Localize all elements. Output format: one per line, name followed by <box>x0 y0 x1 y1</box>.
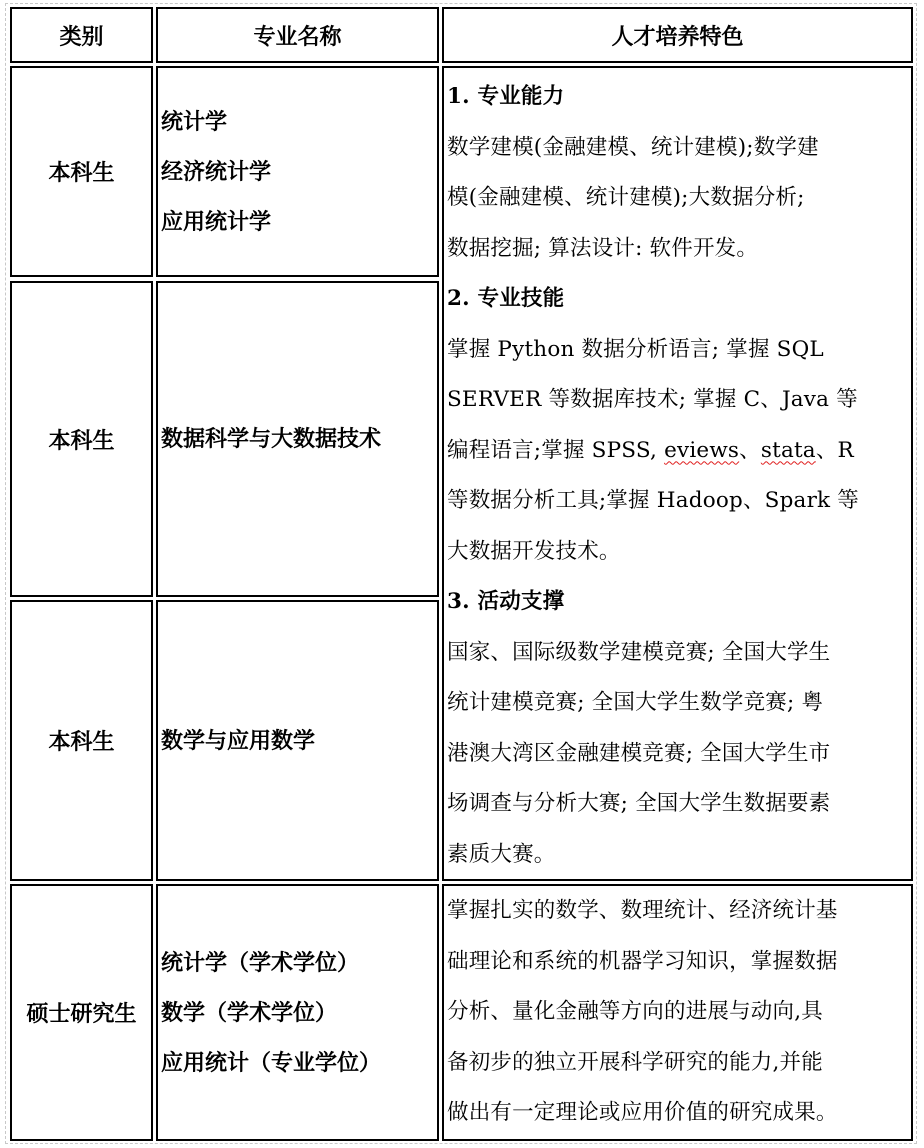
section-line: 国家、国际级数学建模竞赛; 全国大学生 <box>447 628 911 679</box>
header-major: 专业名称 <box>156 7 439 63</box>
section-line: 等数据分析工具;掌握 Hadoop、Spark 等 <box>447 476 911 527</box>
section-line: 素质大赛。 <box>447 830 911 881</box>
row2-majors: 数据科学与大数据技术 <box>156 281 439 597</box>
section-title: 1. 专业能力 <box>447 72 911 123</box>
row4-category: 硕士研究生 <box>10 884 153 1141</box>
row1-category: 本科生 <box>10 66 153 277</box>
header-category: 类别 <box>10 7 153 63</box>
row3-category: 本科生 <box>10 600 153 881</box>
spellcheck-word[interactable]: eviews <box>664 438 739 463</box>
row4-majors: 统计学（学术学位） 数学（学术学位） 应用统计（专业学位） <box>156 884 439 1141</box>
header-major-label: 专业名称 <box>253 20 341 51</box>
row2-category: 本科生 <box>10 281 153 597</box>
section-line: 场调查与分析大赛; 全国大学生数据要素 <box>447 779 911 830</box>
section-title: 2. 专业技能 <box>447 274 911 325</box>
major-item: 统计学 <box>161 97 437 147</box>
line-tail: 、R <box>816 438 854 463</box>
section-line: 编程语言;掌握 SPSS, eviews、stata、R <box>447 426 911 477</box>
section-line: 数据挖掘; 算法设计: 软件开发。 <box>447 224 911 275</box>
section-line: 模(金融建模、统计建模);大数据分析; <box>447 173 911 224</box>
line-text: 编程语言;掌握 SPSS, <box>447 438 664 463</box>
feature-line: 掌握扎实的数学、数理统计、经济统计基 <box>447 886 911 937</box>
section-line: 掌握 Python 数据分析语言; 掌握 SQL <box>447 325 911 376</box>
row3-majors: 数学与应用数学 <box>156 600 439 881</box>
category-label: 本科生 <box>48 725 114 756</box>
section-line: 统计建模竞赛; 全国大学生数学竞赛; 粤 <box>447 678 911 729</box>
spellcheck-word[interactable]: stata <box>761 438 816 463</box>
section-line: SERVER 等数据库技术; 掌握 C、Java 等 <box>447 375 911 426</box>
separator: 、 <box>739 438 761 463</box>
feature-line: 做出有一定理论或应用价值的研究成果。 <box>447 1088 911 1139</box>
major-item: 应用统计学 <box>161 197 437 247</box>
feature-line: 分析、量化金融等方向的进展与动向,具 <box>447 987 911 1038</box>
major-item: 数学（学术学位） <box>161 988 437 1038</box>
category-label: 硕士研究生 <box>26 997 136 1028</box>
major-item: 统计学（学术学位） <box>161 938 437 988</box>
header-features: 人才培养特色 <box>442 7 913 63</box>
major-item: 经济统计学 <box>161 147 437 197</box>
category-label: 本科生 <box>48 156 114 187</box>
header-features-label: 人才培养特色 <box>611 20 743 51</box>
section-title: 3. 活动支撑 <box>447 577 911 628</box>
category-label: 本科生 <box>48 424 114 455</box>
master-features-cell: 掌握扎实的数学、数理统计、经济统计基 础理论和系统的机器学习知识，掌握数据 分析… <box>442 884 913 1141</box>
feature-line: 备初步的独立开展科学研究的能力,并能 <box>447 1038 911 1089</box>
header-category-label: 类别 <box>59 20 103 51</box>
feature-line: 础理论和系统的机器学习知识，掌握数据 <box>447 937 911 988</box>
row1-majors: 统计学 经济统计学 应用统计学 <box>156 66 439 277</box>
undergrad-features-cell: 1. 专业能力 数学建模(金融建模、统计建模);数学建 模(金融建模、统计建模)… <box>442 66 913 881</box>
section-line: 数学建模(金融建模、统计建模);数学建 <box>447 123 911 174</box>
major-item: 数据科学与大数据技术 <box>161 414 437 464</box>
major-item: 数学与应用数学 <box>161 716 437 766</box>
section-line: 大数据开发技术。 <box>447 527 911 578</box>
section-line: 港澳大湾区金融建模竞赛; 全国大学生市 <box>447 729 911 780</box>
major-item: 应用统计（专业学位） <box>161 1038 437 1088</box>
